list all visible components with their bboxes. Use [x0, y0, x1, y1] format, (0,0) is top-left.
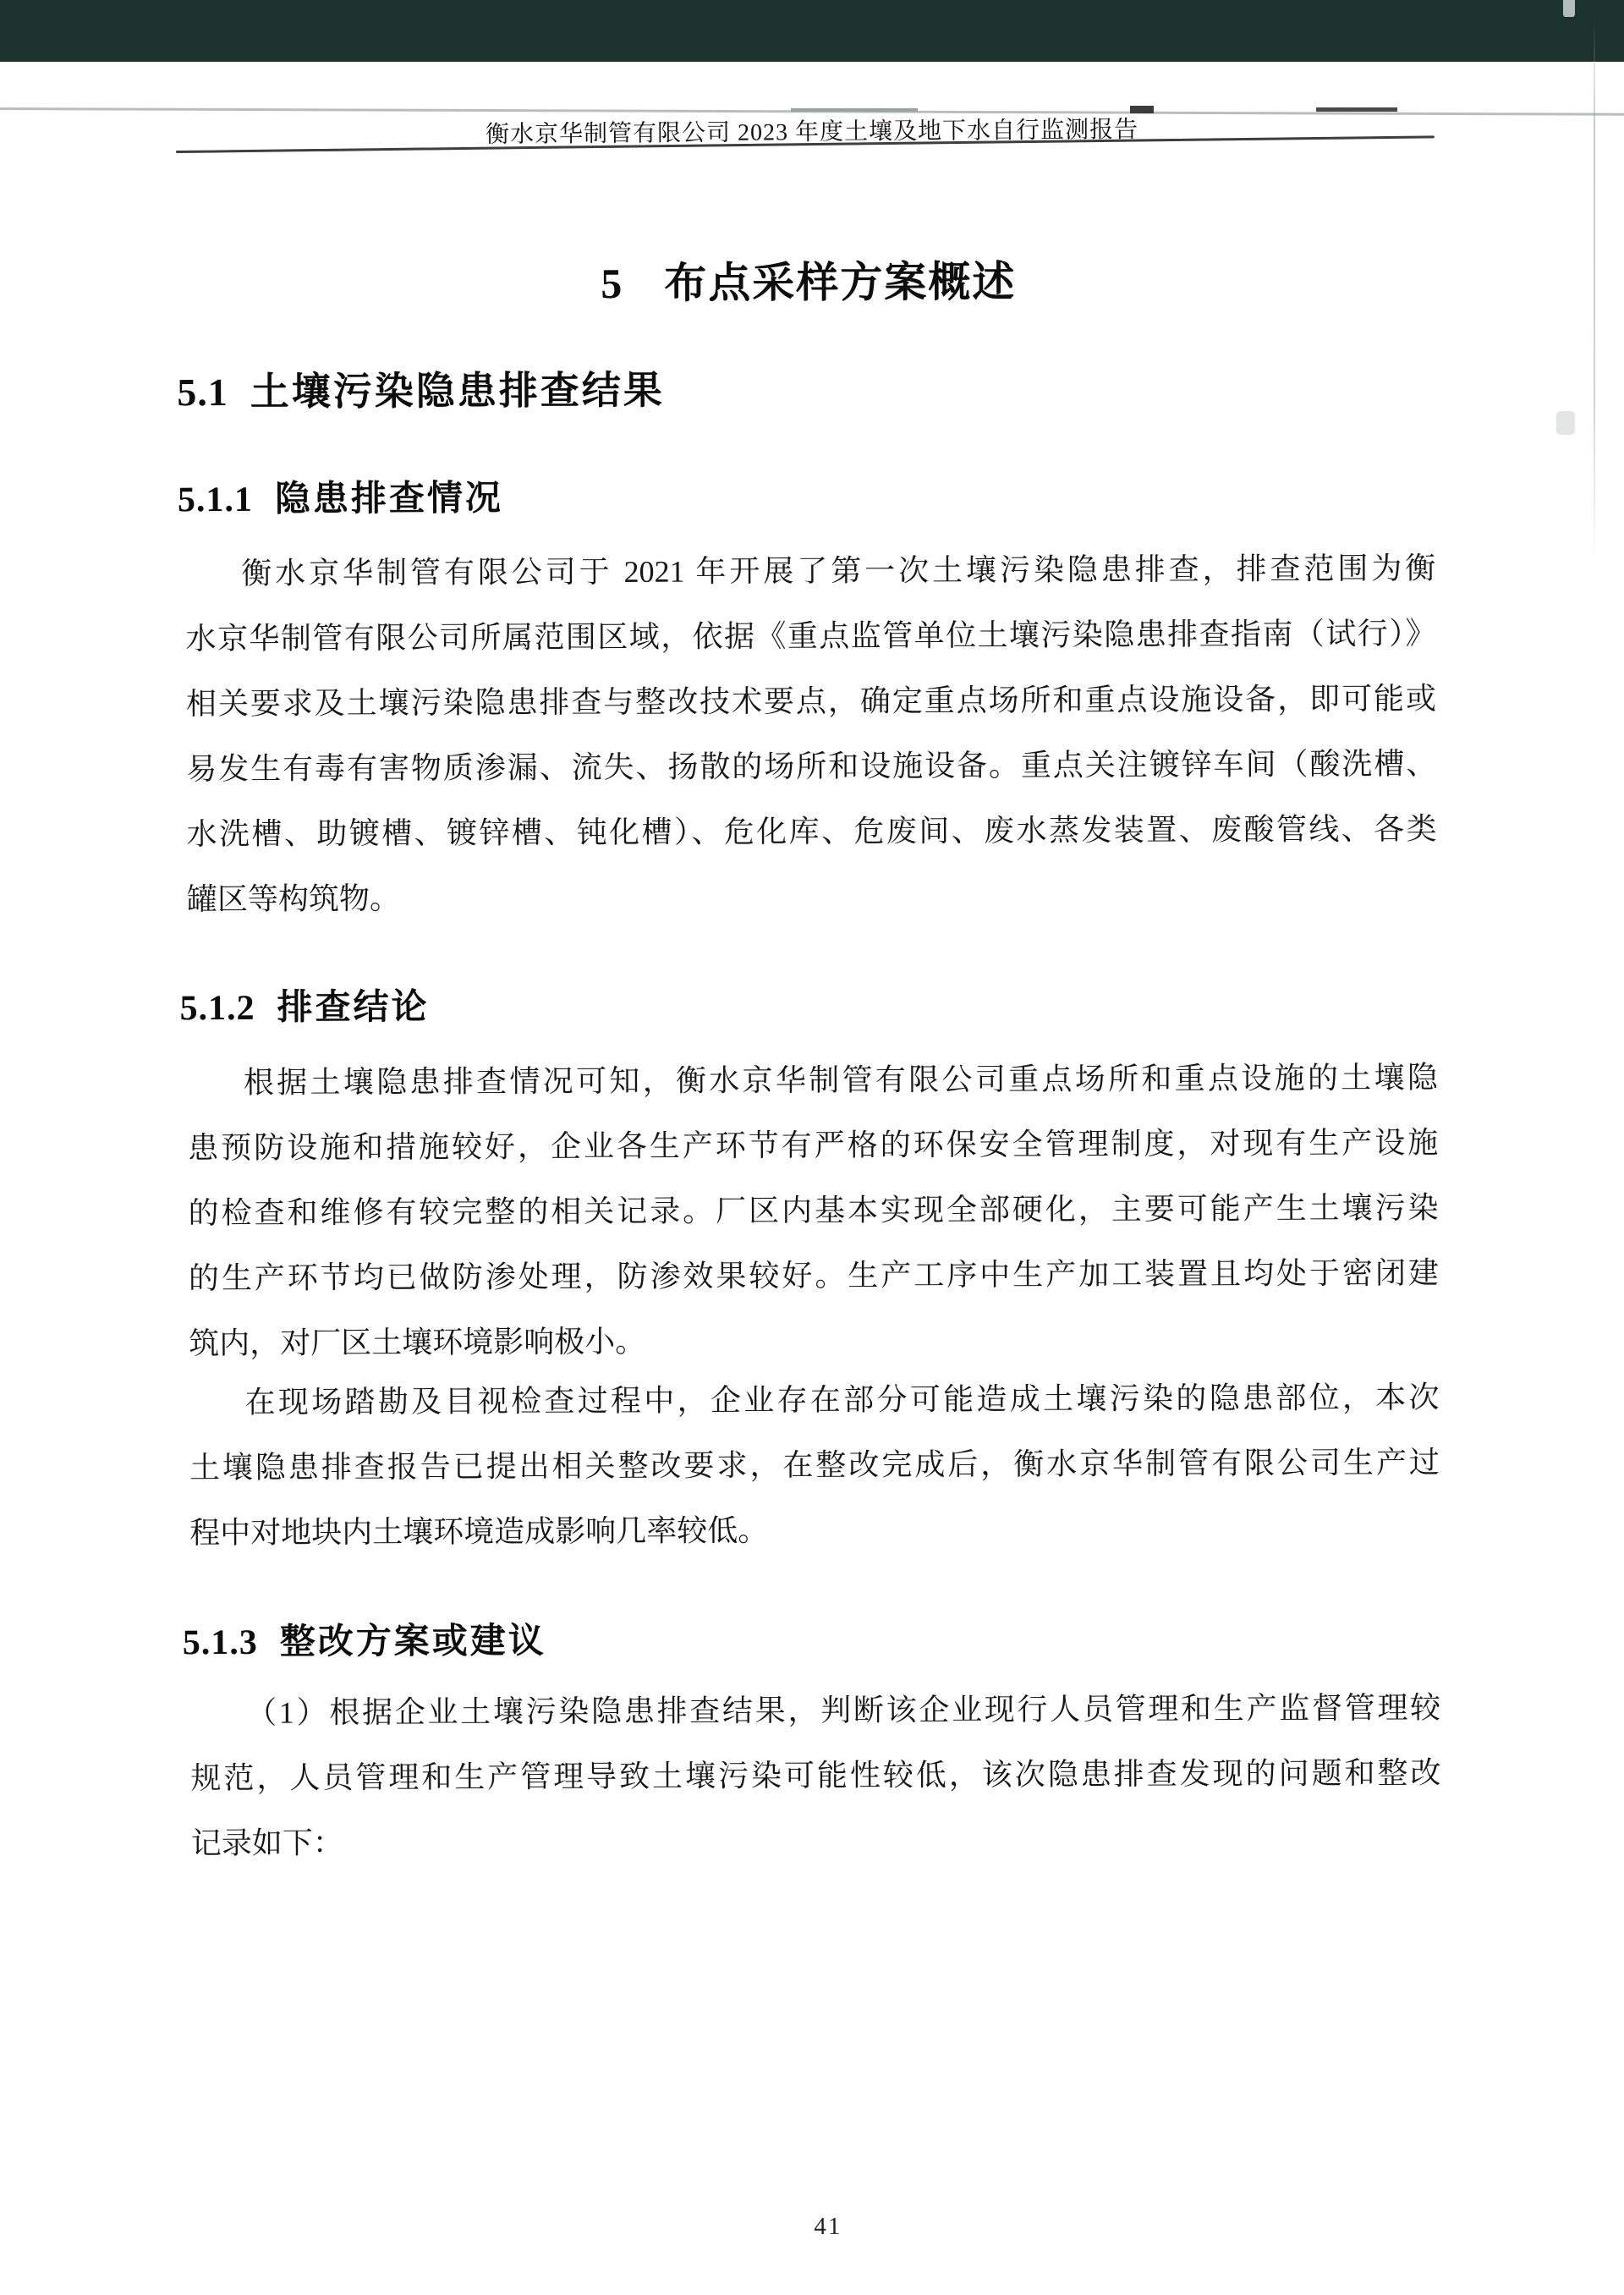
paragraph-line: 水京华制管有限公司所属范围区域，依据《重点监管单位土壤污染隐患排查指南（试行）》	[185, 601, 1435, 672]
document-page: 5布点采样方案概述 5.1土壤污染隐患排查结果 5.1.1隐患排查情况 衡水京华…	[0, 0, 1624, 2295]
paragraph-line: 在现场踏勘及目视检查过程中，企业存在部分可能造成土壤污染的隐患部位，本次	[189, 1365, 1439, 1436]
section-number: 5.1	[177, 371, 228, 414]
paragraph-line: 患预防设施和措施较好，企业各生产环节有严格的环保安全管理制度，对现有生产设施	[188, 1111, 1438, 1181]
paragraph-line: 程中对地块内土壤环境造成影响几率较低。	[189, 1496, 1440, 1566]
paragraph-5-1-1: 衡水京华制管有限公司于 2021 年开展了第一次土壤污染隐患排查，排查范围为衡 …	[185, 536, 1437, 932]
section-heading-5-1-2: 5.1.2排查结论	[179, 979, 429, 1030]
section-number: 5.1.1	[178, 480, 253, 519]
section-title: 土壤污染隐患排查结果	[250, 369, 665, 414]
paragraph-line: （1）根据企业土壤污染隐患排查结果，判断该企业现行人员管理和生产监督管理较	[190, 1676, 1440, 1746]
paragraph-line: 罐区等构筑物。	[187, 862, 1437, 932]
paragraph-line: 衡水京华制管有限公司于 2021 年开展了第一次土壤污染隐患排查，排查范围为衡	[185, 536, 1435, 607]
section-heading-5-1-1: 5.1.1隐患排查情况	[178, 470, 503, 523]
section-title: 整改方案或建议	[280, 1622, 546, 1661]
paragraph-line: 相关要求及土壤污染隐患排查与整改技术要点，确定重点场所和重点设施设备，即可能或	[186, 667, 1436, 737]
paragraph-line: 规范，人员管理和生产管理导致土壤污染可能性较低，该次隐患排查发现的问题和整改	[190, 1741, 1440, 1811]
chapter-heading: 5布点采样方案概述	[0, 245, 1621, 313]
paragraph-line: 记录如下：	[191, 1806, 1441, 1876]
section-title: 排查结论	[277, 988, 429, 1028]
paragraph-5-1-2-a: 根据土壤隐患排查情况可知，衡水京华制管有限公司重点场所和重点设施的土壤隐 患预防…	[188, 1046, 1440, 1376]
paragraph-line: 土壤隐患排查报告已提出相关整改要求，在整改完成后，衡水京华制管有限公司生产过	[189, 1430, 1440, 1501]
chapter-number: 5	[601, 260, 623, 307]
chapter-title: 布点采样方案概述	[664, 258, 1016, 307]
section-number: 5.1.2	[179, 989, 255, 1028]
section-heading-5-1-3: 5.1.3整改方案或建议	[183, 1612, 546, 1665]
paragraph-line: 的生产环节均已做防渗处理，防渗效果较好。生产工序中生产加工装置且均处于密闭建	[189, 1241, 1439, 1311]
page-number: 41	[777, 2213, 879, 2242]
paragraph-5-1-3: （1）根据企业土壤污染隐患排查结果，判断该企业现行人员管理和生产监督管理较 规范…	[190, 1676, 1441, 1876]
section-heading-5-1: 5.1土壤污染隐患排查结果	[177, 360, 665, 418]
paragraph-line: 的检查和维修有较完整的相关记录。厂区内基本实现全部硬化，主要可能产生土壤污染	[188, 1176, 1438, 1246]
section-number: 5.1.3	[183, 1623, 258, 1662]
section-title: 隐患排查情况	[275, 480, 503, 519]
paragraph-5-1-2-b: 在现场踏勘及目视检查过程中，企业存在部分可能造成土壤污染的隐患部位，本次 土壤隐…	[189, 1365, 1440, 1566]
paragraph-line: 易发生有毒有害物质渗漏、流失、扬散的场所和设施设备。重点关注镀锌车间（酸洗槽、	[186, 732, 1436, 802]
paragraph-line: 水洗槽、助镀槽、镀锌槽、钝化槽）、危化库、危废间、废水蒸发装置、废酸管线、各类	[186, 797, 1436, 867]
paragraph-line: 根据土壤隐患排查情况可知，衡水京华制管有限公司重点场所和重点设施的土壤隐	[188, 1046, 1438, 1116]
